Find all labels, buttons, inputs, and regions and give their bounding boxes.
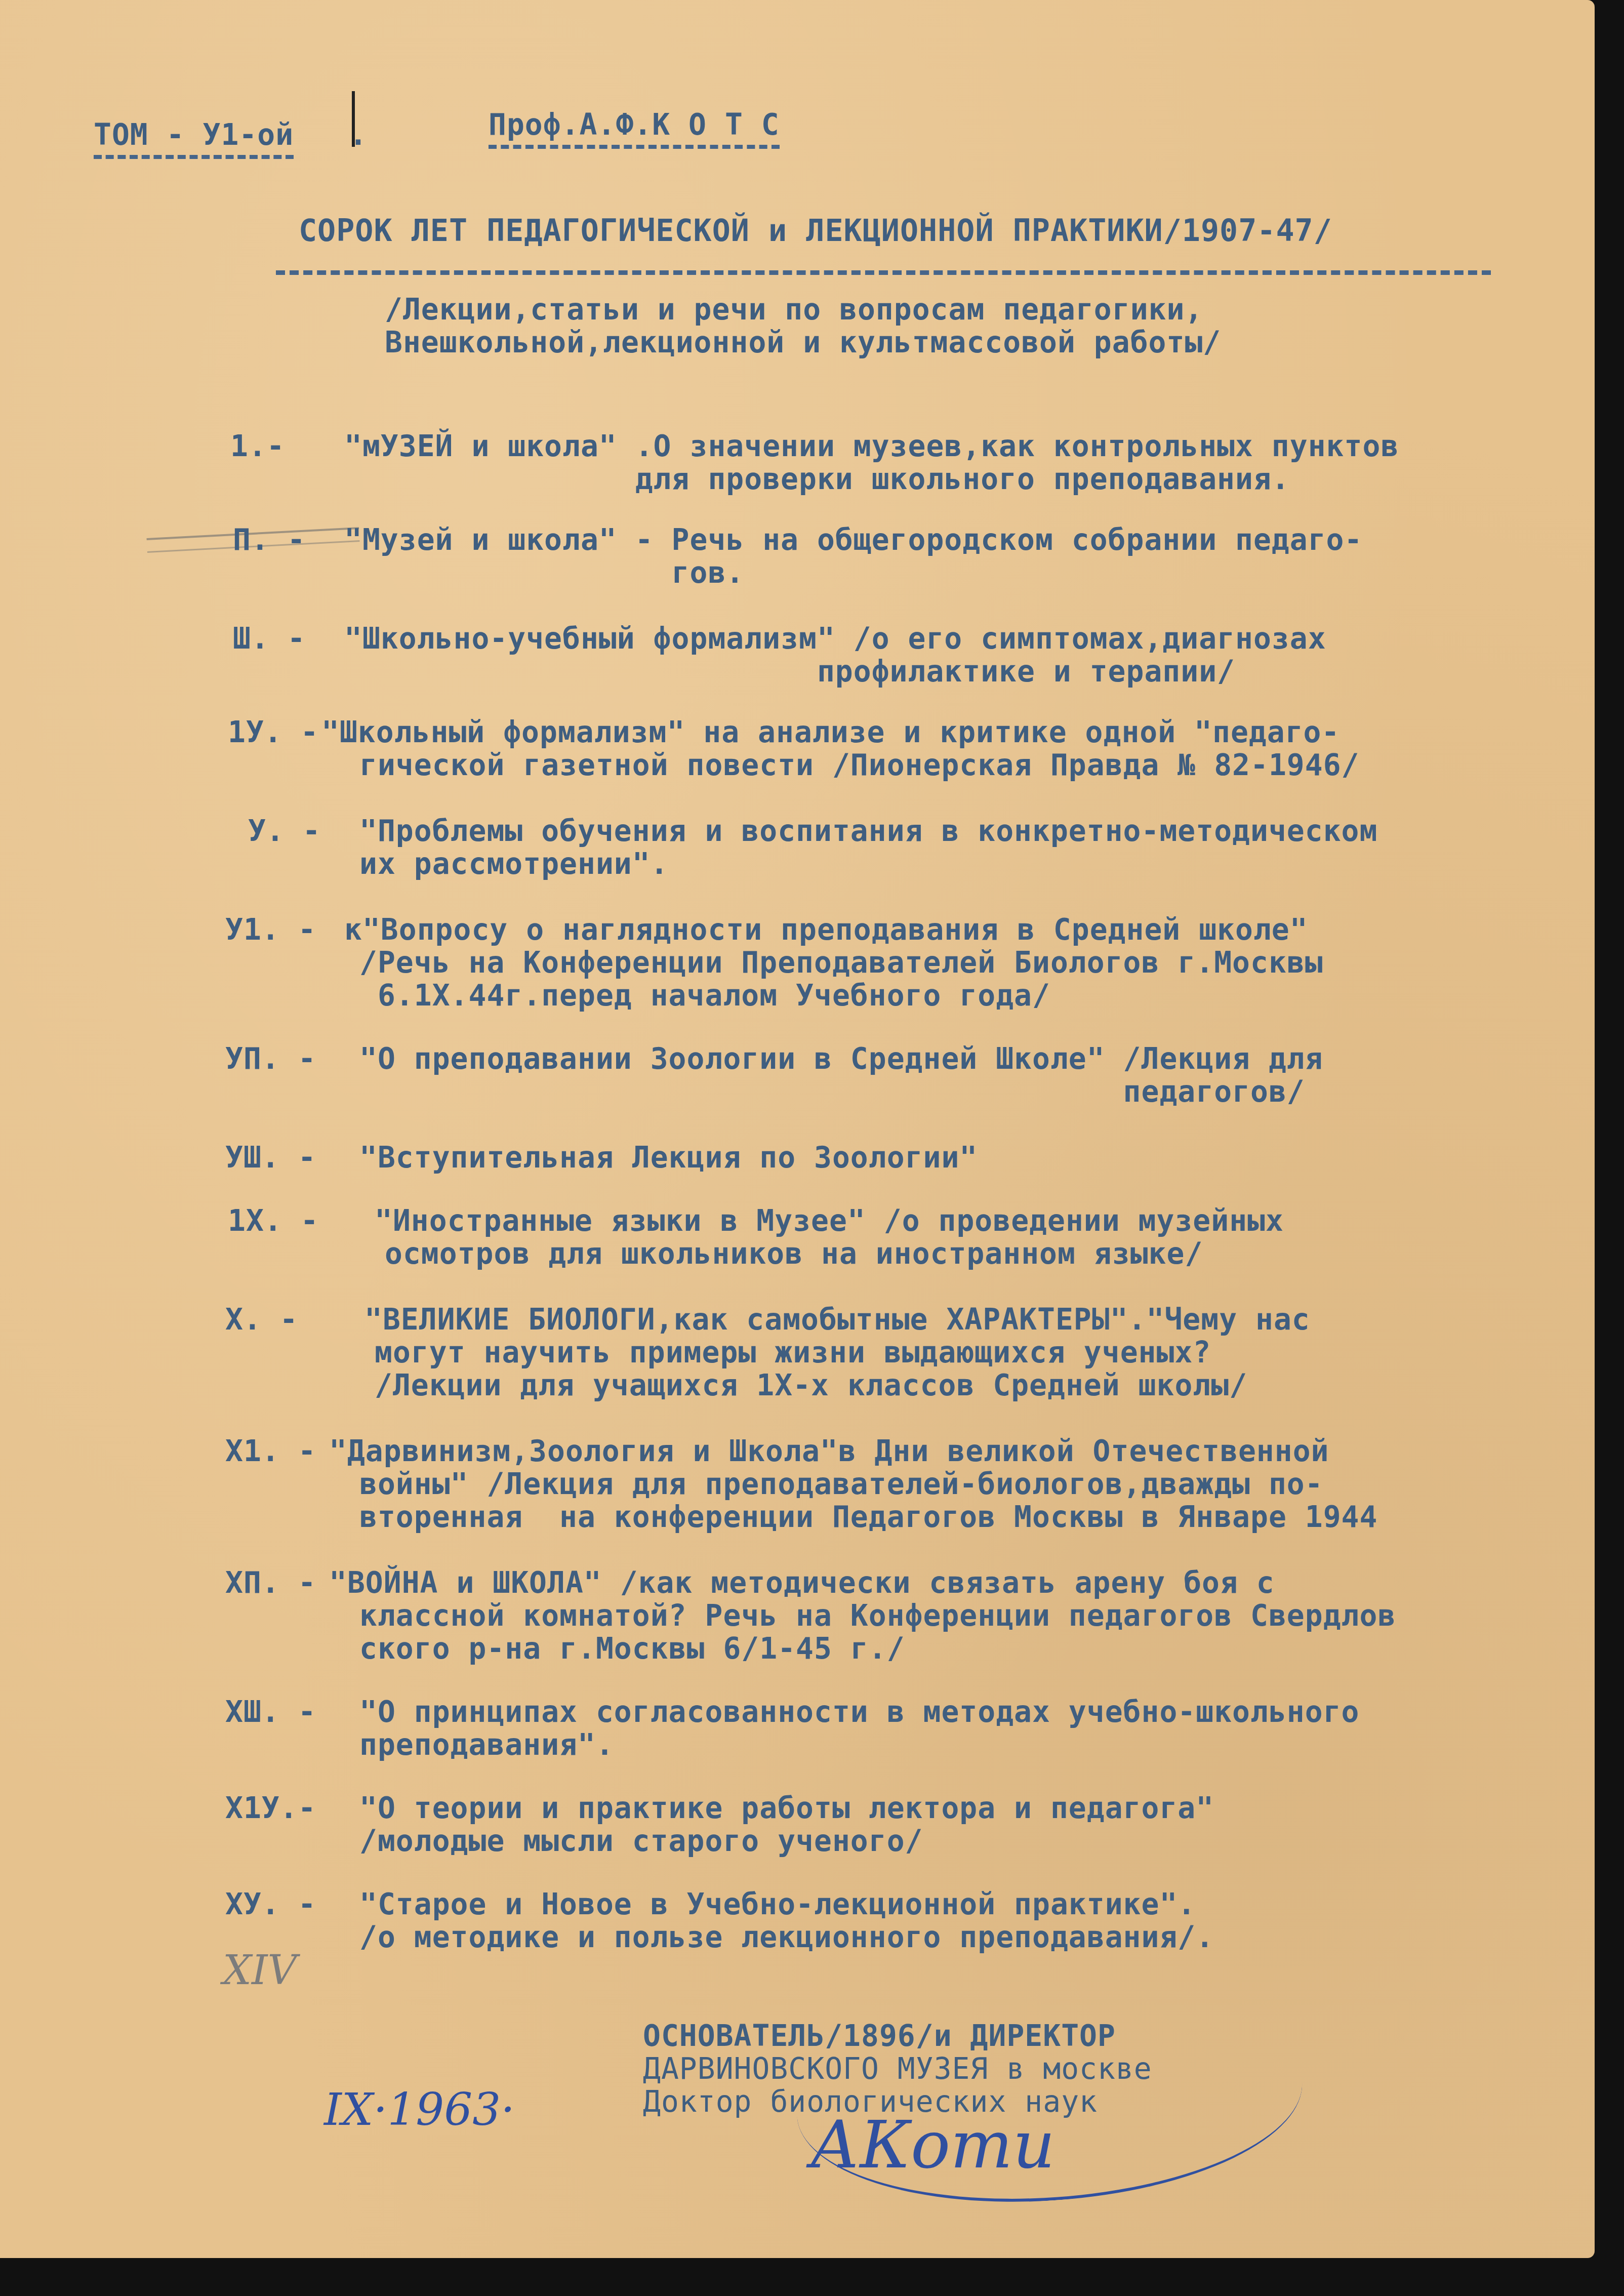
item-number: Х. - bbox=[225, 1301, 298, 1338]
item-line: ского р-на г.Москвы 6/1-45 г./ bbox=[359, 1630, 905, 1667]
item-line: "ВОЙНА и ШКОЛА" /как методически связать… bbox=[329, 1564, 1275, 1601]
item-line: "Школьный формализм" на анализе и критик… bbox=[321, 714, 1339, 750]
item-line: /о методике и пользе лекционного препода… bbox=[359, 1919, 1214, 1955]
item-line: к"Вопросу о наглядности преподавания в С… bbox=[344, 911, 1308, 948]
item-line: "О принципах согласованности в методах у… bbox=[359, 1694, 1360, 1730]
item-line: гов. bbox=[344, 554, 744, 591]
item-line: "Старое и Новое в Учебно-лекционной прак… bbox=[359, 1886, 1196, 1922]
item-line: вторенная на конференции Педагогов Москв… bbox=[359, 1499, 1377, 1535]
item-number: У. - bbox=[248, 813, 321, 849]
item-number: Х1У.- bbox=[225, 1790, 316, 1826]
document-page: ТОМ - У1-ой . Проф.А.Ф.К О Т С СОРОК ЛЕТ… bbox=[0, 0, 1595, 2258]
item-line: "Вступительная Лекция по Зоологии" bbox=[359, 1139, 978, 1176]
volume-label: ТОМ - У1-ой bbox=[94, 116, 294, 159]
item-number: ХШ. - bbox=[225, 1694, 316, 1730]
author-name: Проф.А.Ф.К О Т С bbox=[489, 106, 780, 149]
item-number: УШ. - bbox=[225, 1139, 316, 1176]
pencil-numeral: XIV bbox=[223, 1947, 297, 1994]
item-line: "Школьно-учебный формализм" /о его симпт… bbox=[344, 620, 1326, 657]
item-line: гической газетной повести /Пионерская Пр… bbox=[359, 747, 1360, 783]
item-line: для проверки школьного преподавания. bbox=[344, 461, 1290, 497]
item-line: классной комнатой? Речь на Конференции п… bbox=[359, 1597, 1396, 1634]
item-line: войны" /Лекция для преподавателей-биолог… bbox=[359, 1466, 1323, 1502]
header-dot: . bbox=[349, 116, 368, 153]
item-number: П. - bbox=[233, 521, 306, 558]
item-line: "ВЕЛИКИЕ БИОЛОГИ,как самобытные ХАРАКТЕР… bbox=[364, 1301, 1310, 1338]
item-number: УП. - bbox=[225, 1040, 316, 1077]
item-line: "мУЗЕЙ и школа" .О значении музеев,как к… bbox=[344, 428, 1399, 464]
item-line: "Иностранные языки в Музее" /о проведени… bbox=[375, 1202, 1284, 1239]
item-number: ХУ. - bbox=[225, 1886, 316, 1922]
item-line: педагогов/ bbox=[359, 1073, 1305, 1110]
item-line: "О теории и практике работы лектора и пе… bbox=[359, 1790, 1214, 1826]
item-number: Х1. - bbox=[225, 1433, 316, 1469]
item-number: У1. - bbox=[225, 911, 316, 948]
item-line: могут научить примеры жизни выдающихся у… bbox=[375, 1334, 1211, 1371]
item-line: 6.1Х.44г.перед началом Учебного года/ bbox=[359, 977, 1050, 1014]
item-number: Ш. - bbox=[233, 620, 306, 657]
document-title: СОРОК ЛЕТ ПЕДАГОГИЧЕСКОЙ и ЛЕКЦИОННОЙ ПР… bbox=[299, 213, 1332, 249]
item-line: "О преподавании Зоологии в Средней Школе… bbox=[359, 1040, 1323, 1077]
item-line: профилактике и терапии/ bbox=[344, 653, 1235, 690]
item-line: осмотров для школьников на иностранном я… bbox=[385, 1235, 1203, 1272]
item-line: /Речь на Конференции Преподавателей Биол… bbox=[359, 944, 1323, 981]
item-number: 1Х. - bbox=[228, 1202, 319, 1239]
item-line: преподавания". bbox=[359, 1726, 614, 1763]
signature-line-2: ДАРВИНОВСКОГО МУЗЕЯ в москве bbox=[643, 2050, 1152, 2087]
subtitle-line-2: Внешкольной,лекционной и культмассовой р… bbox=[385, 324, 1221, 360]
item-line: "Дарвинизм,Зоология и Школа"в Дни велико… bbox=[329, 1433, 1329, 1469]
item-number: 1У. - bbox=[228, 714, 319, 750]
signature-line-1: ОСНОВАТЕЛЬ/1896/и ДИРЕКТОР bbox=[643, 2018, 1116, 2054]
item-line: "Музей и школа" - Речь на общегородском … bbox=[344, 521, 1362, 558]
title-divider bbox=[276, 270, 1491, 275]
subtitle-line-1: /Лекции,статьи и речи по вопросам педаго… bbox=[385, 291, 1203, 328]
item-line: /Лекции для учащихся 1Х-х классов Средне… bbox=[375, 1367, 1247, 1403]
item-line: "Проблемы обучения и воспитания в конкре… bbox=[359, 813, 1377, 849]
item-number: 1.- bbox=[230, 428, 285, 464]
item-line: их рассмотрении". bbox=[359, 845, 669, 882]
handwritten-date: IX·1963· bbox=[324, 2083, 515, 2136]
item-line: /молодые мысли старого ученого/ bbox=[359, 1823, 923, 1859]
item-number: ХП. - bbox=[225, 1564, 316, 1601]
